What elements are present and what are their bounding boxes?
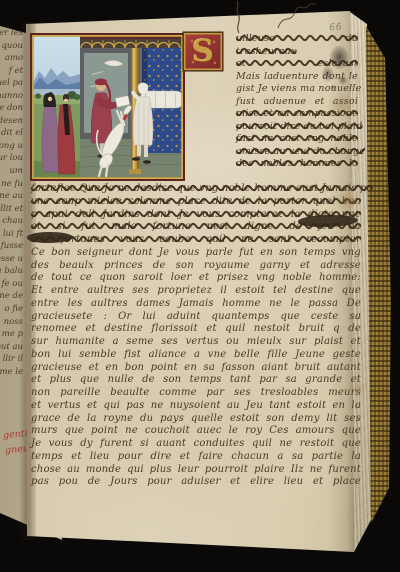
text-line: temps et lieu pour dire et faire chacun … [31, 451, 361, 464]
text-line: gracieusete : Or lui aduint quantemps qu… [31, 311, 361, 324]
text-line: gracieuse et en bon point en sa fasson a… [31, 362, 361, 375]
text-line: des nobles hommes la [236, 158, 358, 171]
text-line: et vertus et qui pas ne nuysoient au Jeu… [31, 400, 361, 413]
main-text-block: fortefiee Que Je ne desdise que vng nobl… [31, 183, 361, 489]
text-line: non pareille beaulte comme par ses tresl… [31, 387, 361, 400]
tree [35, 93, 41, 98]
text-line: renomee et destine florissoit et quil ne… [31, 323, 361, 336]
pen-flourish [226, 0, 318, 34]
tree [74, 94, 81, 100]
text-line: et plus que nulle de son temps tant par … [31, 374, 361, 387]
text-line: Et entre aultres ses proprietez il estoi… [31, 285, 361, 298]
text-line: sur humanite a seme ses vertus ou mieulx… [31, 336, 361, 349]
text-line: vne coup mielee solemne place dite de la… [31, 196, 361, 209]
initial-letter: S [192, 37, 214, 67]
arcade-arches [80, 36, 182, 48]
text-line: les fortunes vous coube quil ne sont rec… [31, 234, 361, 247]
text-line: chose au monde qui plus leur pourroit pl… [31, 464, 361, 477]
miniature-painting: Miniature in three parts: two ladies sta… [30, 33, 185, 181]
text-line: pas pou de Jours pour aduiser et elire l… [31, 476, 361, 489]
ink-smudge-stain [317, 44, 353, 92]
text-line: de tout ce quon saroit loer et prisez vn… [31, 272, 361, 285]
text-line: Ce bon seigneur dont Je vous parle fut e… [31, 247, 361, 260]
parchment-stain [326, 92, 356, 118]
parchment-stain [334, 186, 362, 212]
text-line: fust ne cust vng noble [236, 133, 358, 146]
manuscript-photo: ler les quou amo f et uel pa hanno de do… [0, 0, 400, 572]
text-line: murs que point ne couchoit auec le roy C… [31, 425, 361, 438]
parchment-stain [347, 381, 369, 398]
text-line: entre les aultres dames Jamais homme ne … [31, 298, 361, 311]
text-line: bon lui semble fist aliance a vne belle … [31, 349, 361, 362]
text-line: fortefiee Que Je ne desdise que vng nobl… [31, 183, 361, 196]
text-line: amisse au veul du change [236, 146, 358, 159]
text-line: des beaulx princes de son royaume garny … [31, 260, 361, 273]
text-line: Je vous dy furent si auant conduites qui… [31, 438, 361, 451]
miniature-svg: Miniature in three parts: two ladies sta… [30, 33, 185, 181]
text-line: grace de la royne du pays quelle estoit … [31, 413, 361, 426]
folio-number: 66 [329, 22, 343, 34]
illuminated-initial: S [183, 32, 223, 71]
outdoor-scene [33, 36, 81, 178]
text-line: pourroit dire de bel plaid [236, 121, 358, 134]
